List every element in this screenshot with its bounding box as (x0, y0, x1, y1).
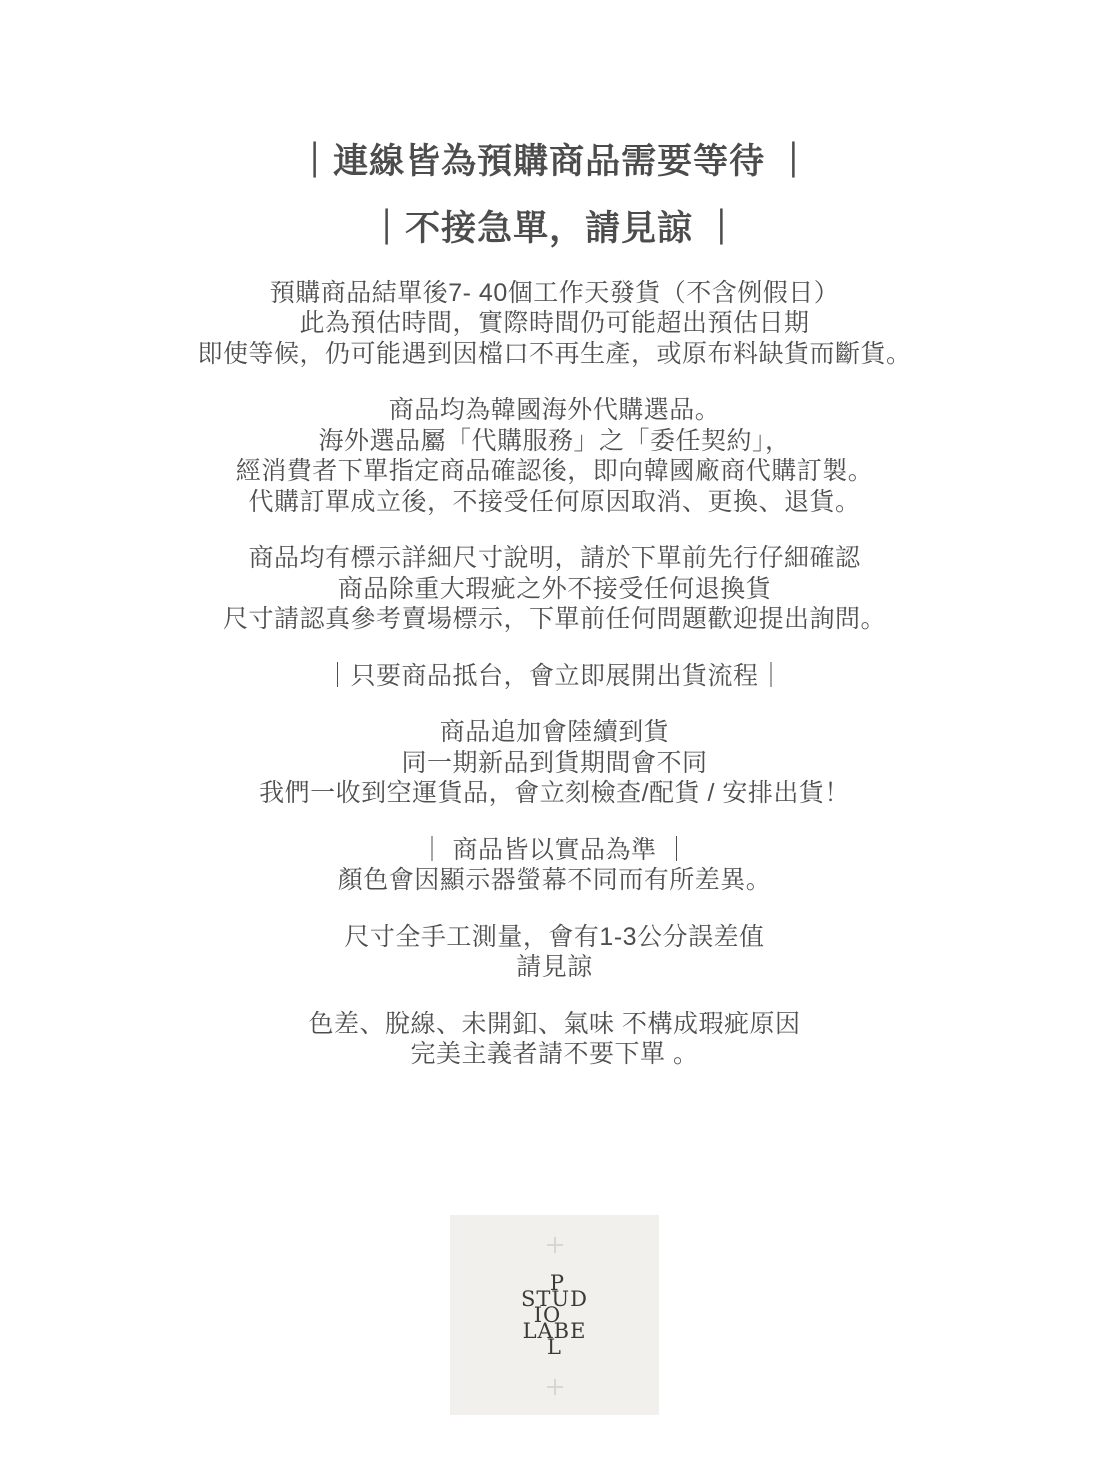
paragraph-arrival-process: ｜只要商品抵台，會立即展開出貨流程｜ (0, 661, 1109, 692)
text-line: 色差、脫線、未開釦、氣味 不構成瑕疵原因 (0, 1009, 1109, 1040)
paragraph-disclaimer: 色差、脫線、未開釦、氣味 不構成瑕疵原因 完美主義者請不要下單 。 (0, 1009, 1109, 1070)
text-line: 顏色會因顯示器螢幕不同而有所差異。 (0, 865, 1109, 896)
paragraph-restock-info: 商品追加會陸續到貨 同一期新品到貨期間會不同 我們一收到空運貨品，會立刻檢查/配… (0, 717, 1109, 809)
logo-line: IO (514, 1308, 581, 1324)
brand-logo: P STUD IO LABE L (521, 1276, 588, 1356)
paragraph-preorder-shipping: 預購商品結單後7- 40個工作天發貨（不含例假日） 此為預估時間，實際時間仍可能… (0, 278, 1109, 370)
sparkle-icon (547, 1237, 563, 1253)
text-line: 請見諒 (0, 952, 1109, 983)
text-line: 經消費者下單指定商品確認後，即向韓國廠商代購訂製。 (0, 456, 1109, 487)
text-line: 同一期新品到貨期間會不同 (0, 748, 1109, 779)
text-line: 此為預估時間，實際時間仍可能超出預估日期 (0, 308, 1109, 339)
paragraph-proxy-purchase: 商品均為韓國海外代購選品。 海外選品屬「代購服務」之「委任契約」， 經消費者下單… (0, 395, 1109, 517)
text-line: 即使等候，仍可能遇到因檔口不再生產，或原布料缺貨而斷貨。 (0, 339, 1109, 370)
logo-line: P (524, 1276, 591, 1292)
text-line: 我們一收到空運貨品，會立刻檢查/配貨 / 安排出貨！ (0, 778, 1109, 809)
notice-page: ｜連線皆為預購商品需要等待 ｜ ｜不接急單，請見諒 ｜ 預購商品結單後7- 40… (0, 0, 1109, 1475)
notice-heading-no-rush: ｜不接急單，請見諒 ｜ (0, 209, 1109, 250)
text-line: ｜ 商品皆以實品為準 ｜ (0, 835, 1109, 866)
paragraph-measurement: 尺寸全手工測量，會有1-3公分誤差值 請見諒 (0, 922, 1109, 983)
paragraph-size-policy: 商品均有標示詳細尺寸說明，請於下單前先行仔細確認 商品除重大瑕疵之外不接受任何退… (0, 543, 1109, 635)
text-line: 商品除重大瑕疵之外不接受任何退換貨 (0, 574, 1109, 605)
paragraph-actual-product: ｜ 商品皆以實品為準 ｜ 顏色會因顯示器螢幕不同而有所差異。 (0, 835, 1109, 896)
text-line: 尺寸請認真參考賣場標示，下單前任何問題歡迎提出詢問。 (0, 604, 1109, 635)
text-line: 海外選品屬「代購服務」之「委任契約」， (0, 426, 1109, 457)
text-line: 尺寸全手工測量，會有1-3公分誤差值 (0, 922, 1109, 953)
notice-heading-preorder: ｜連線皆為預購商品需要等待 ｜ (0, 142, 1109, 183)
sparkle-icon (547, 1379, 563, 1395)
text-line: 商品均為韓國海外代購選品。 (0, 395, 1109, 426)
text-line: 代購訂單成立後，不接受任何原因取消、更換、退貨。 (0, 487, 1109, 518)
text-line: ｜只要商品抵台，會立即展開出貨流程｜ (0, 661, 1109, 692)
text-line: 商品追加會陸續到貨 (0, 717, 1109, 748)
text-line: 預購商品結單後7- 40個工作天發貨（不含例假日） (0, 278, 1109, 309)
text-line: 完美主義者請不要下單 。 (0, 1039, 1109, 1070)
brand-card: P STUD IO LABE L (450, 1215, 659, 1415)
text-line: 商品均有標示詳細尺寸說明，請於下單前先行仔細確認 (0, 543, 1109, 574)
